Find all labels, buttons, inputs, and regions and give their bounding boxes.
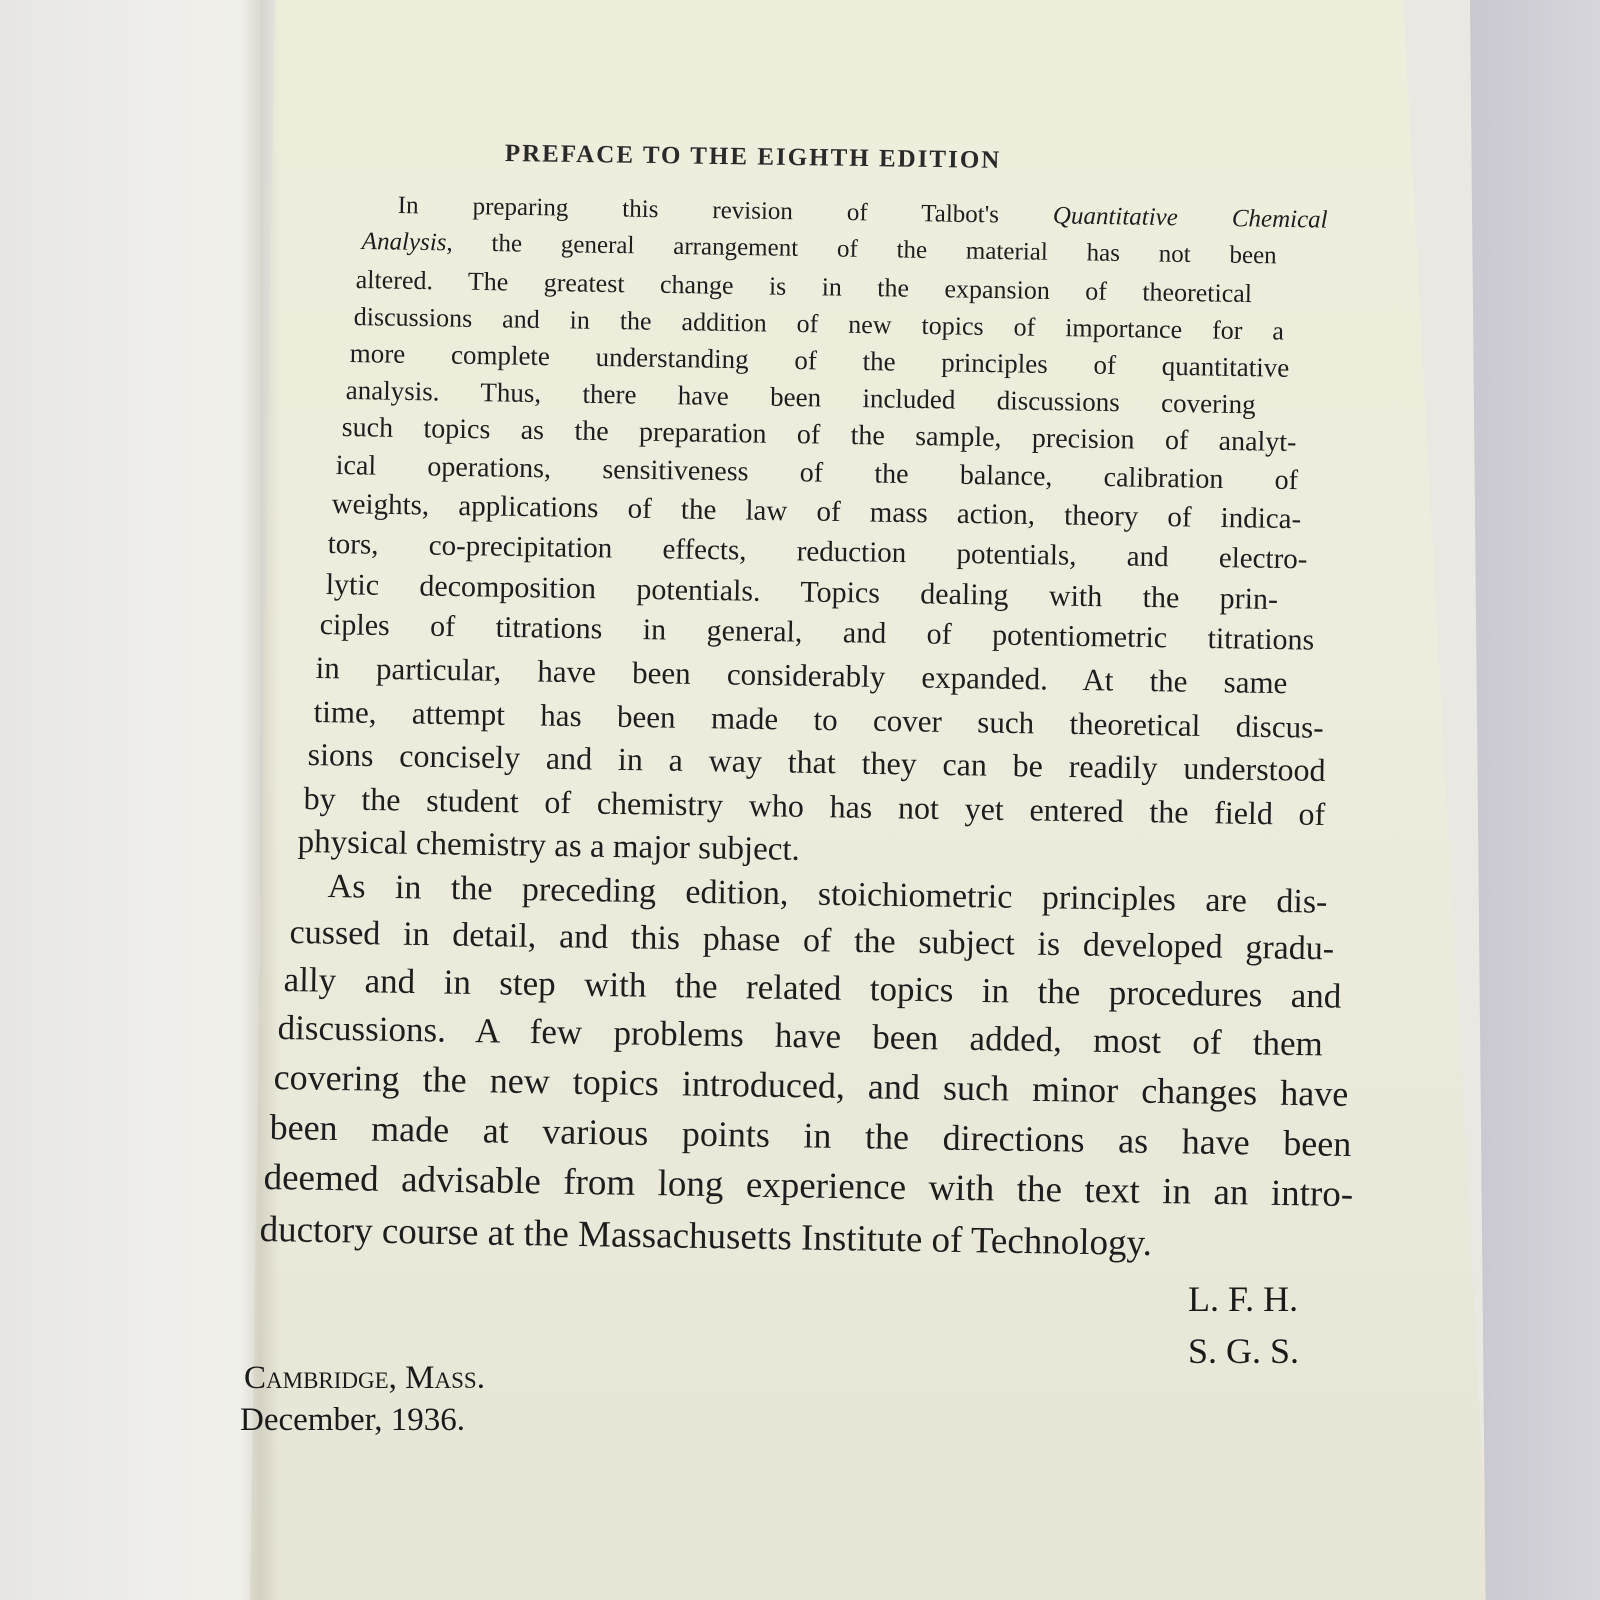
- text-line: Analysis, the general arrangement of the…: [362, 228, 1277, 270]
- text-line: discussions. A few problems have been ad…: [277, 1008, 1323, 1064]
- text-line: altered. The greatest change is in the e…: [356, 265, 1253, 309]
- signature-initials-2: S. G. S.: [1188, 1330, 1299, 1372]
- text-line: been made at various points in the direc…: [269, 1106, 1351, 1165]
- text-line: weights, applications of the law of mass…: [331, 488, 1301, 536]
- text-line: covering the new topics introduced, and …: [273, 1056, 1348, 1115]
- text-line: sions concisely and in a way that they c…: [307, 736, 1325, 789]
- preface-heading: PREFACE TO THE EIGHTH EDITION: [505, 140, 1002, 175]
- text-line: by the student of chemistry who has not …: [303, 780, 1325, 833]
- date-of-writing: December, 1936.: [240, 1402, 465, 1439]
- text-line: ductory course at the Massachusetts Inst…: [259, 1208, 1152, 1265]
- text-line: physical chemistry as a major subject.: [297, 824, 800, 869]
- text-line: in particular, have been considerably ex…: [315, 650, 1287, 701]
- text-line: tors, co-precipitation effects, reductio…: [327, 528, 1307, 576]
- text-line: cussed in detail, and this phase of the …: [289, 914, 1334, 968]
- text-line: In preparing this revision of Talbot's Q…: [398, 192, 1328, 235]
- signature-initials-1: L. F. H.: [1188, 1278, 1298, 1320]
- text-line: ciples of titrations in general, and of …: [319, 608, 1314, 658]
- text-line: As in the preceding edition, stoichiomet…: [327, 868, 1327, 922]
- place-of-writing: Cambridge, Mass.: [244, 1360, 485, 1397]
- page-content: PREFACE TO THE EIGHTH EDITION In prepari…: [0, 0, 1600, 1600]
- text-line: ally and in step with the related topics…: [283, 960, 1341, 1017]
- text-line: deemed advisable from long experience wi…: [263, 1156, 1353, 1216]
